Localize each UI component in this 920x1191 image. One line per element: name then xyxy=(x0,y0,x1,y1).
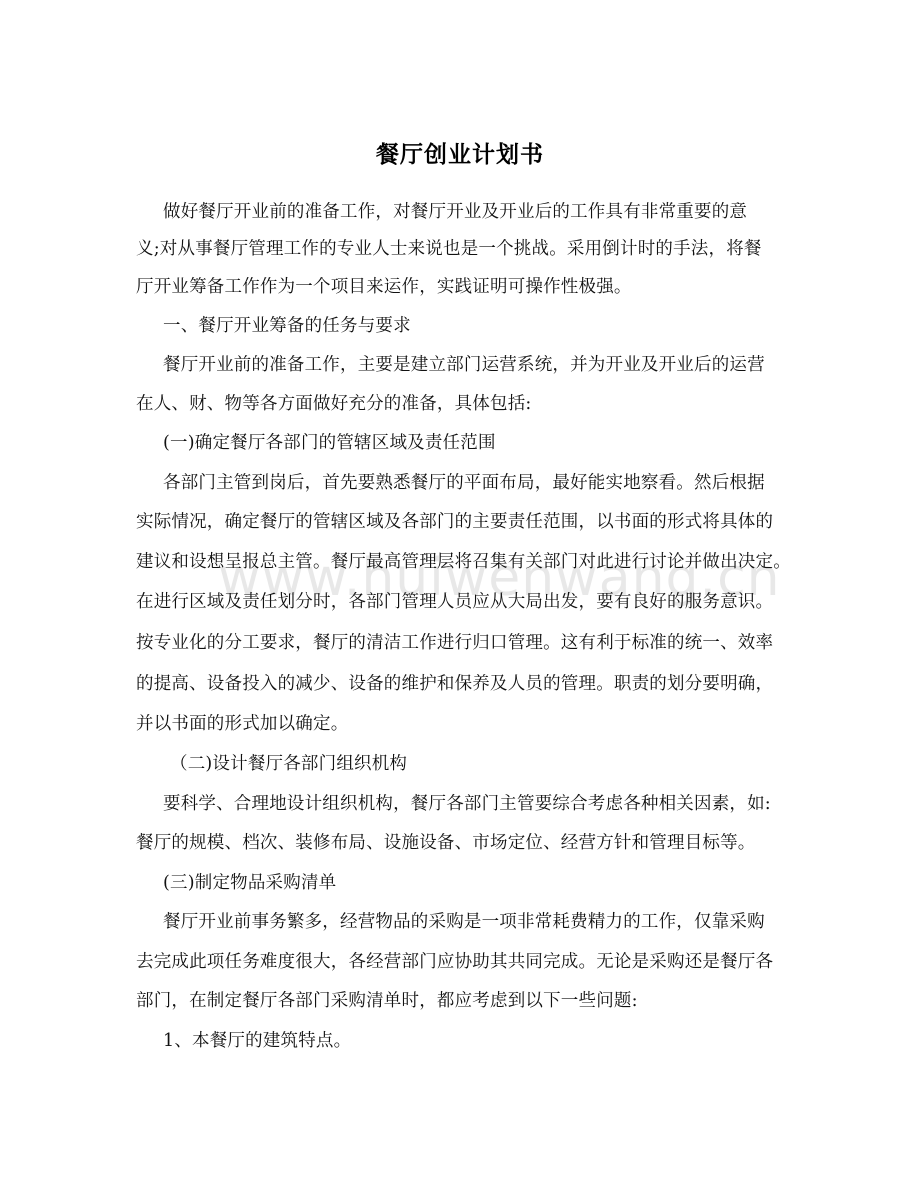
document-title: 餐厅创业计划书 xyxy=(0,136,920,169)
paragraph-line: 餐厅开业前事务繁多，经营物品的采购是一项非常耗费精力的工作，仅靠采购 xyxy=(163,911,765,933)
paragraph-line: 并以书面的形式加以确定。 xyxy=(136,713,348,735)
paragraph-line: 在进行区域及责任划分时，各部门管理人员应从大局出发，要有良好的服务意识。 xyxy=(136,591,773,613)
document-page: 餐厅创业计划书 www.huiwenwang.cn 做好餐厅开业前的准备工作，对… xyxy=(0,0,920,1191)
paragraph-line: 去完成此项任务难度很大，各经营部门应协助其共同完成。无论是采购还是餐厅各 xyxy=(136,951,773,973)
subsection-heading: (三)制定物品采购清单 xyxy=(163,872,336,894)
paragraph-line: 建议和设想呈报总主管。餐厅最高管理层将召集有关部门对此进行讨论并做出决定。 xyxy=(136,551,791,573)
paragraph-line: 要科学、合理地设计组织机构，餐厅各部门主管要综合考虑各种相关因素，如: xyxy=(163,793,771,815)
paragraph-line: 厅开业筹备工作作为一个项目来运作，实践证明可操作性极强。 xyxy=(136,276,632,298)
paragraph-line: 餐厅开业前的准备工作，主要是建立部门运营系统，并为开业及开业后的运营 xyxy=(163,354,765,376)
paragraph-line: 餐厅的规模、档次、装修布局、设施设备、市场定位、经营方针和管理目标等。 xyxy=(136,832,756,854)
paragraph-line: 实际情况，确定餐厅的管辖区域及各部门的主要责任范围，以书面的形式将具体的 xyxy=(136,511,773,533)
subsection-heading: (一)确定餐厅各部门的管辖区域及责任范围 xyxy=(163,432,496,454)
subsection-heading: （二)设计餐厅各部门组织机构 xyxy=(170,753,407,775)
paragraph-line: 在人、财、物等各方面做好充分的准备，具体包括: xyxy=(136,393,532,415)
list-item: 1、本餐厅的建筑特点。 xyxy=(163,1030,351,1052)
paragraph-line: 义;对从事餐厅管理工作的专业人士来说也是一个挑战。采用倒计时的手法，将餐 xyxy=(136,238,762,260)
paragraph-line: 做好餐厅开业前的准备工作，对餐厅开业及开业后的工作具有非常重要的意 xyxy=(163,201,747,223)
section-heading: 一、餐厅开业筹备的任务与要求 xyxy=(163,315,411,337)
paragraph-line: 按专业化的分工要求，餐厅的清洁工作进行归口管理。这有利于标准的统一、效率 xyxy=(136,632,773,654)
paragraph-line: 的提高、设备投入的减少、设备的维护和保养及人员的管理。职责的划分要明确， xyxy=(136,673,773,695)
paragraph-line: 部门，在制定餐厅各部门采购清单时，都应考虑到以下一些问题: xyxy=(136,990,638,1012)
paragraph-line: 各部门主管到岗后，首先要熟悉餐厅的平面布局，最好能实地察看。然后根据 xyxy=(163,472,765,494)
